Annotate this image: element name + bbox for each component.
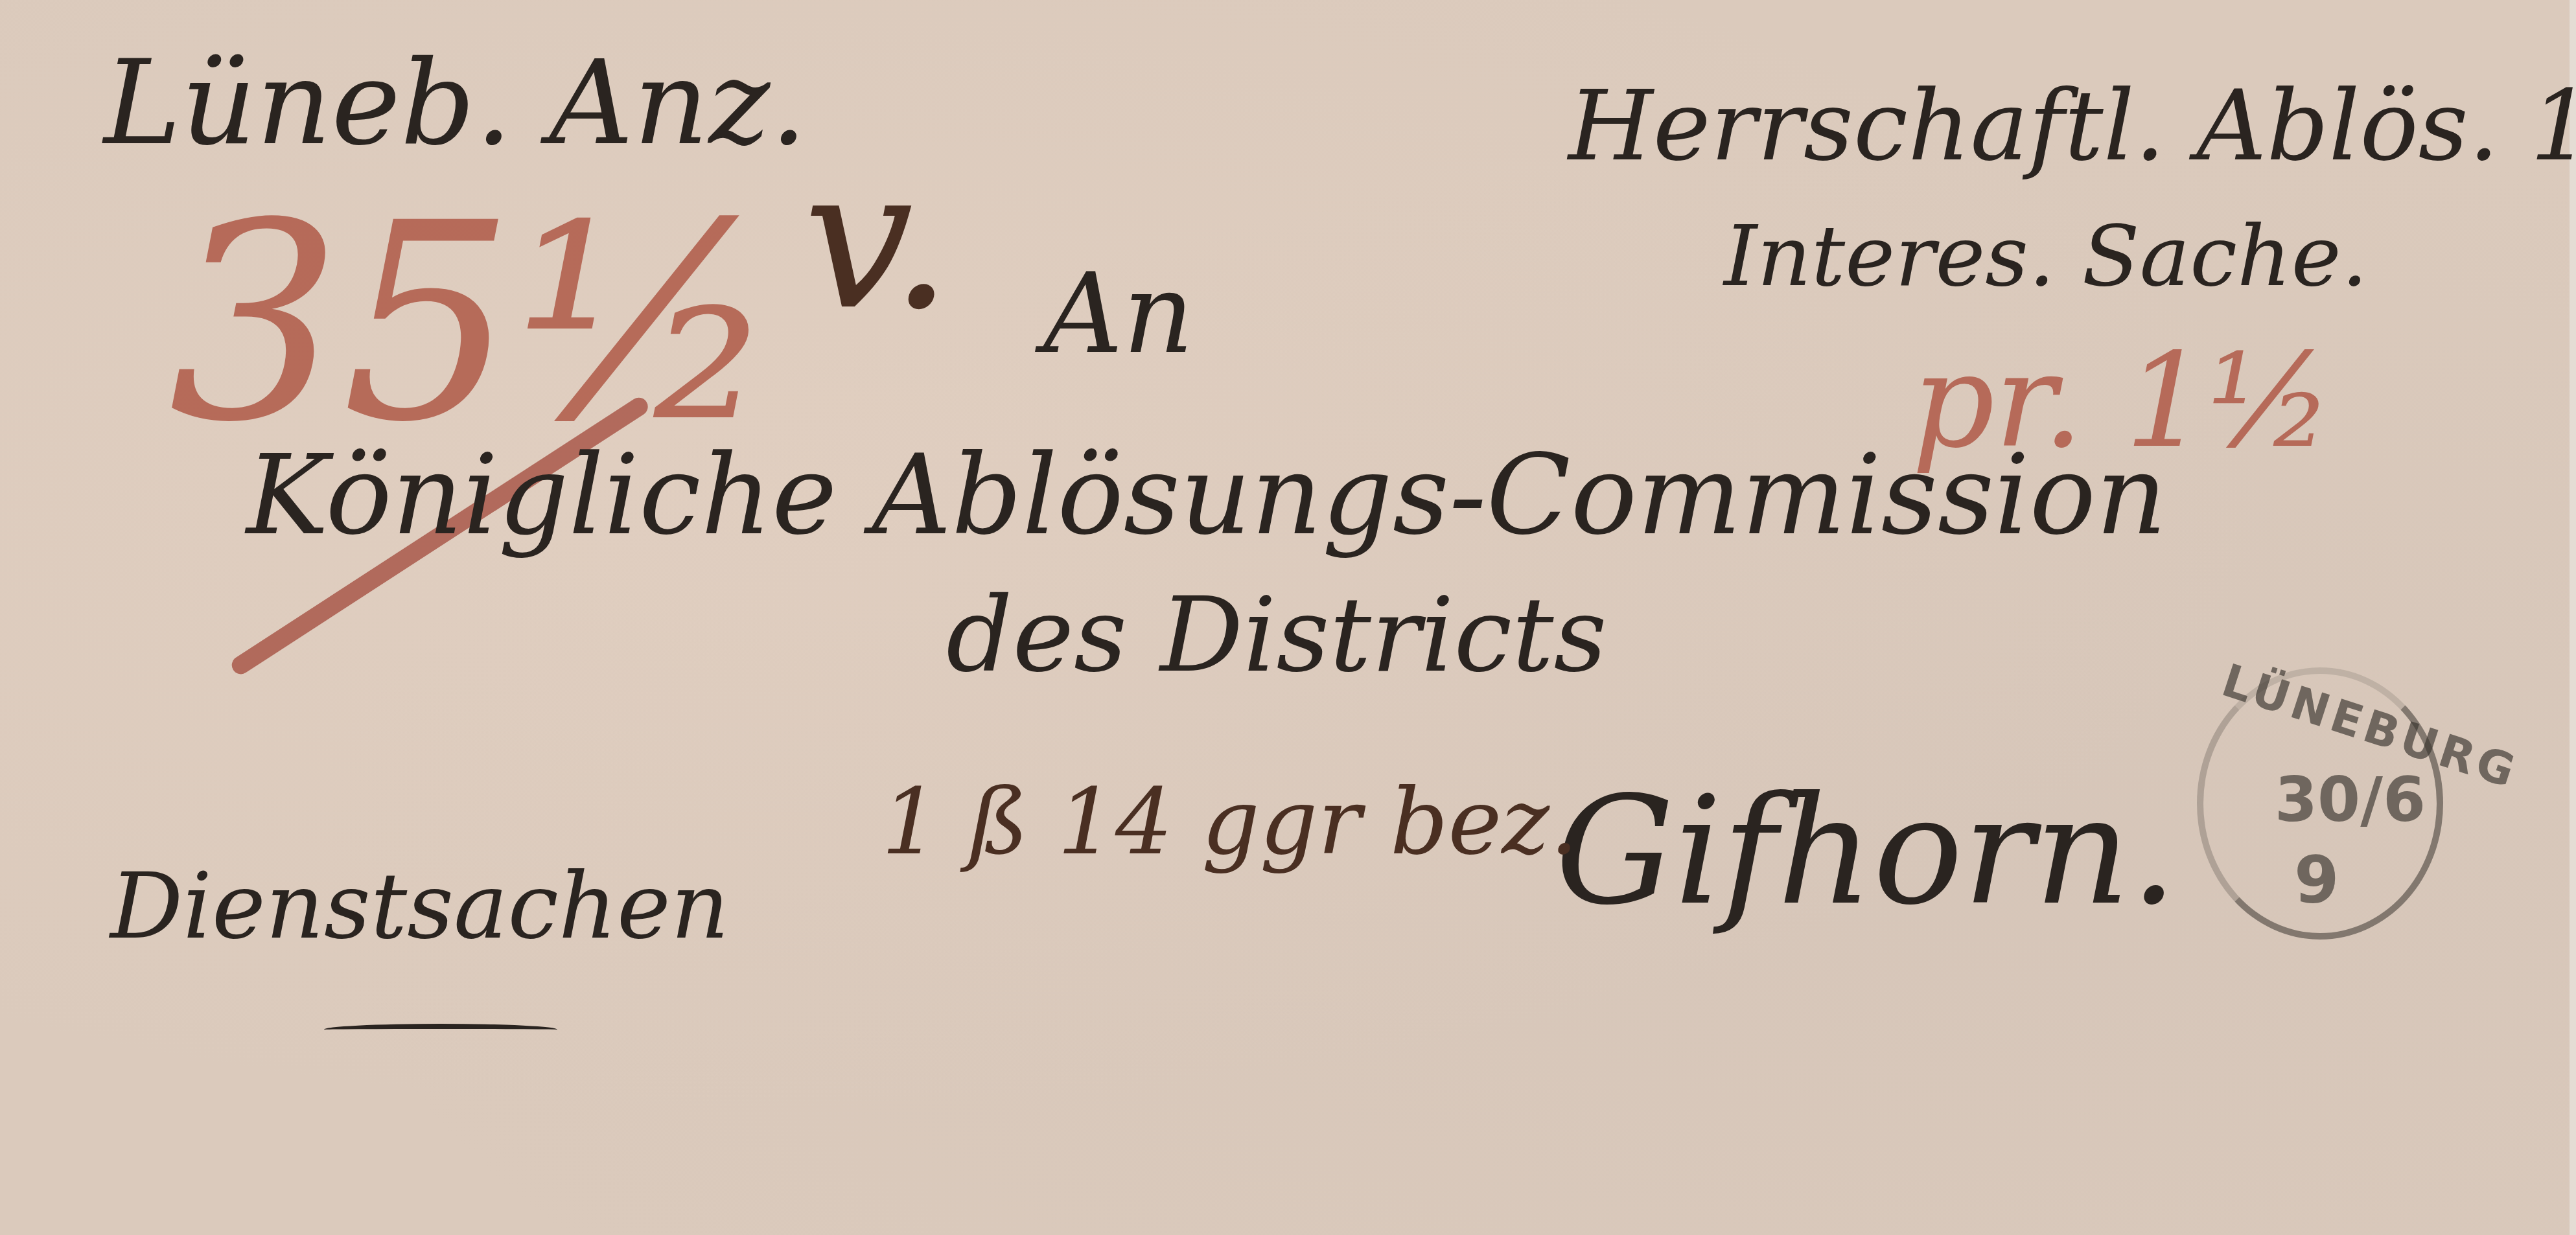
red-rate-mark: 35½	[168, 188, 779, 460]
origin-note: Lüneb. Anz.	[104, 45, 807, 162]
service-note-line2: Interes. Sache.	[1724, 214, 2368, 298]
postage-charge-note: 1 ß 14 ggr bez.	[881, 778, 1579, 868]
destination-town: Gifhorn.	[1555, 778, 2177, 927]
flourish-stroke	[324, 1024, 557, 1035]
official-business-note: Dienstsachen	[110, 862, 729, 952]
paper-edge	[2570, 0, 2576, 1235]
dedication-mark: v.	[804, 143, 952, 337]
postmark-date: 30/6	[2275, 765, 2426, 836]
service-note-line1: Herrschaftl. Ablös. 10 M	[1568, 78, 2576, 175]
address-line1: Königliche Ablösungs-Commission	[246, 441, 2166, 551]
salutation: An	[1043, 259, 1194, 369]
postmark-hour: 9	[2294, 842, 2339, 918]
address-line2: des Districts	[946, 583, 1607, 687]
